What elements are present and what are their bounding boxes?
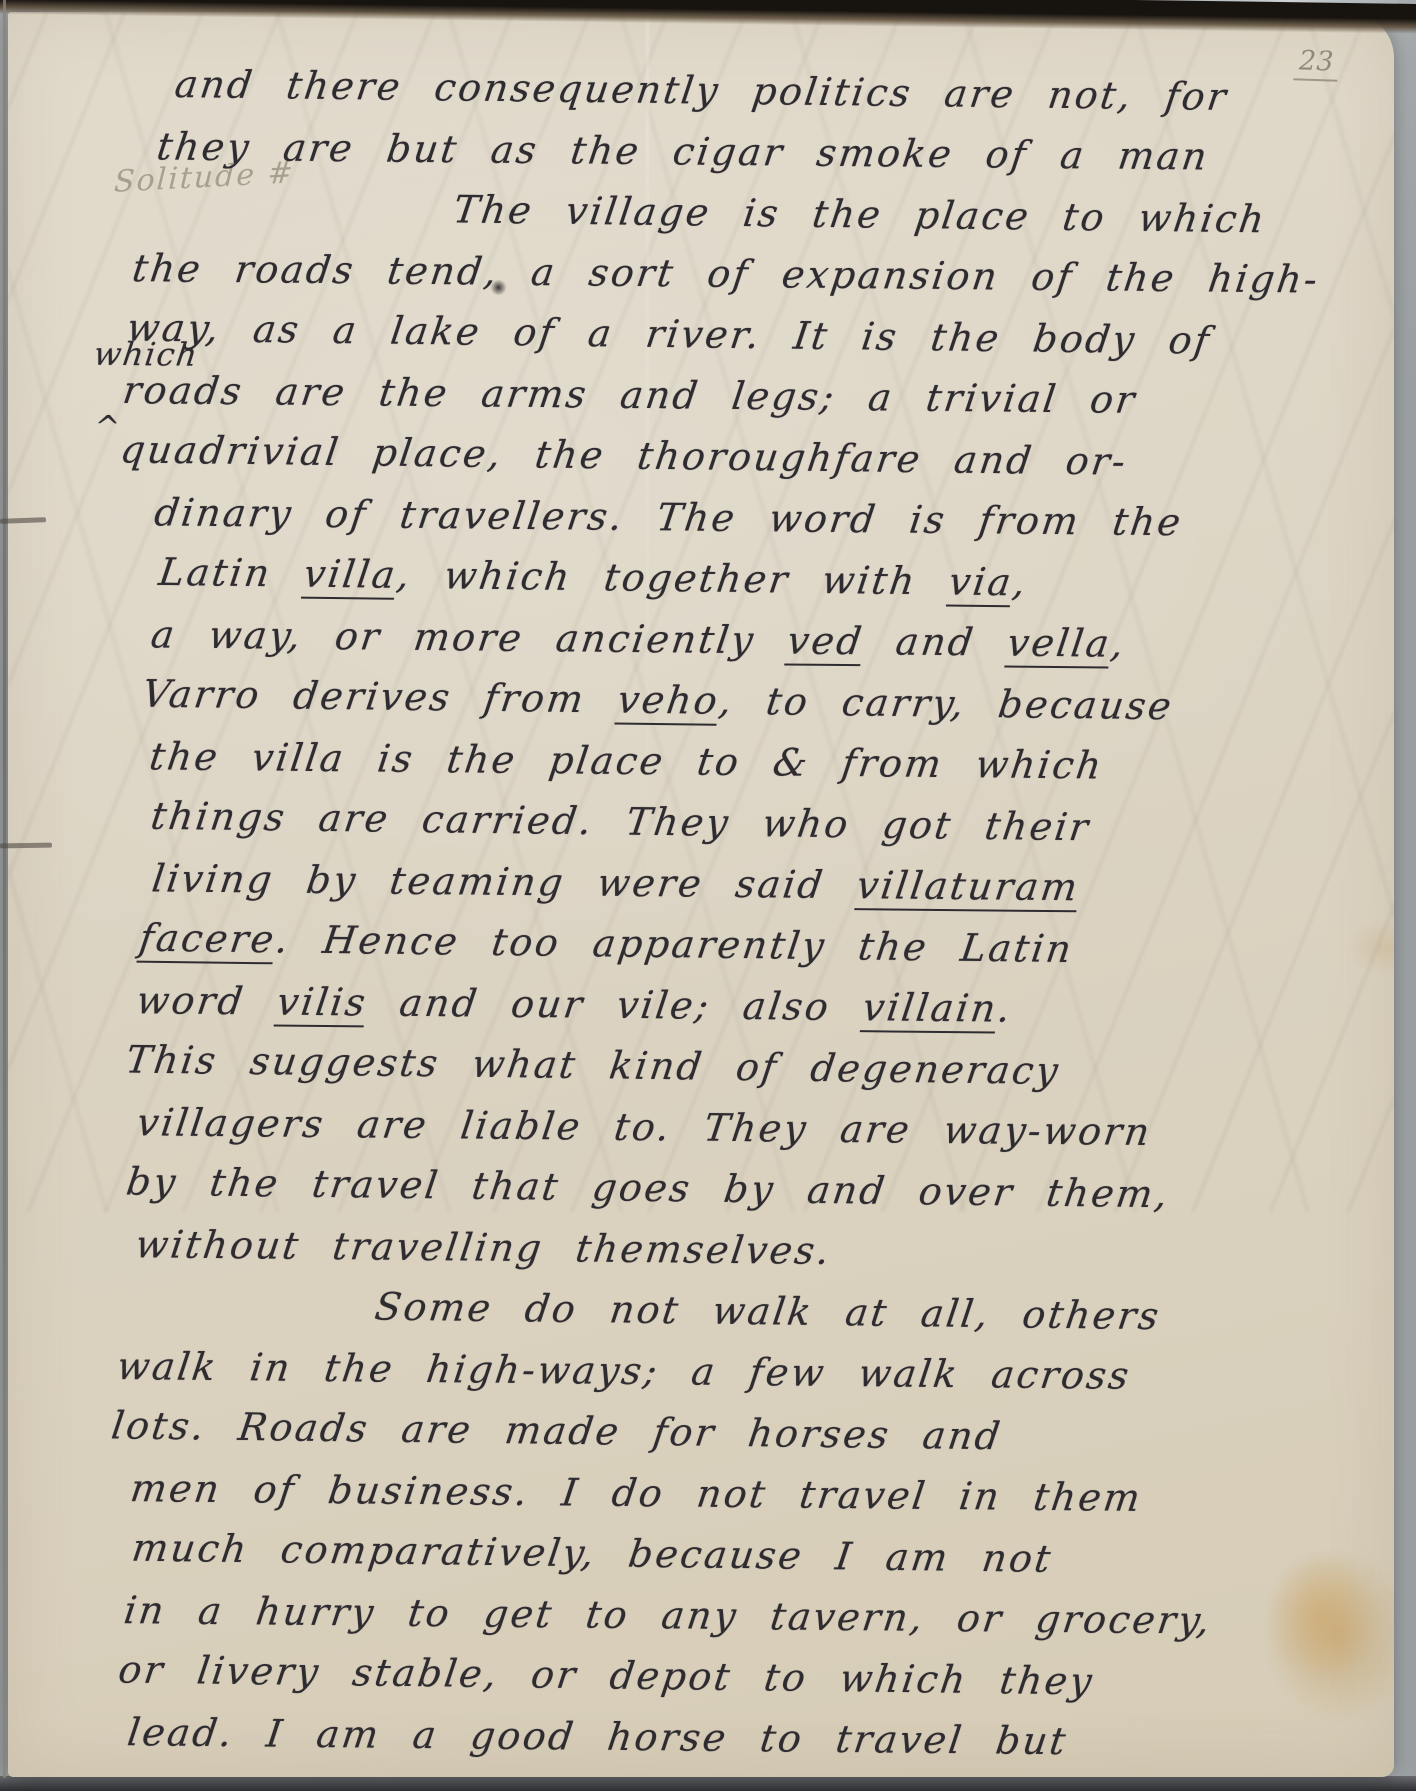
manuscript-line: lead. I am a good horse to travel but — [123, 1706, 1351, 1779]
photograph-of-manuscript: 23 Solitude # and there consequently pol… — [0, 0, 1416, 1791]
underlined-word: facere — [136, 916, 278, 965]
underlined-word: veho — [615, 678, 723, 726]
underlined-word: ved — [784, 619, 866, 667]
paper-stain — [1266, 1552, 1376, 1682]
manuscript-line: Some do not walk at all, others — [371, 1281, 1357, 1354]
page-left-edge — [3, 0, 6, 1778]
manuscript-line: they are but as the cigar smoke of a man — [153, 120, 1371, 193]
manuscript-page: 23 Solitude # and there consequently pol… — [8, 12, 1394, 1777]
inserted-word: which — [91, 328, 202, 381]
manuscript-line: The village is the place to which — [449, 183, 1370, 255]
underlined-word: vilis — [274, 980, 370, 1028]
binding-mark — [0, 843, 52, 849]
underlined-word: villain — [860, 985, 1001, 1033]
underlined-word: villa — [301, 552, 400, 600]
ink-blot — [490, 280, 507, 295]
underlined-word: vella — [1004, 621, 1114, 669]
underlined-word: villaturam — [854, 863, 1082, 912]
underlined-word: via — [946, 560, 1016, 608]
manuscript-line: without travelling themselves. — [131, 1218, 1357, 1291]
manuscript-lines: and there consequently politics are not,… — [0, 56, 1368, 1780]
